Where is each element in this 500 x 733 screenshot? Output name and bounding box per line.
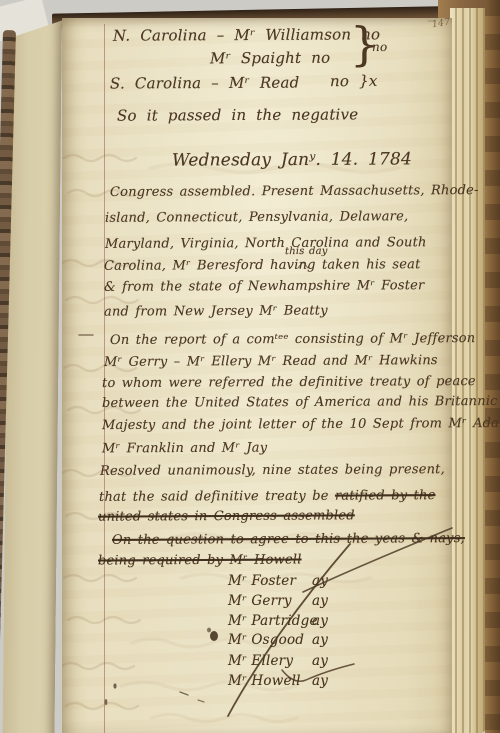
manuscript-line: & from the state of Newhampshire Mʳ Fost… <box>104 278 424 295</box>
manuscript-line: Mʳ Gerry – Mʳ Ellery Mʳ Read and Mʳ Hawk… <box>104 353 438 370</box>
manuscript-line: to whom were referred the definitive tre… <box>102 374 476 391</box>
manuscript-line: between the United States of America and… <box>102 394 498 411</box>
vote-value: ay <box>312 593 328 609</box>
manuscript-line: Carolina, Mʳ Beresford having taken his … <box>104 257 421 274</box>
vote-name: Mʳ Partridge <box>228 613 318 629</box>
line-text: that the said definitive treaty be <box>99 489 335 505</box>
manuscript-line: Majesty and the joint letter of the 10 S… <box>102 416 500 433</box>
manuscript-line: island, Connecticut, Pensylvania, Delawa… <box>105 209 408 226</box>
tally-line-nc1: N. Carolina – Mʳ Williamson no <box>113 25 380 44</box>
vote-name: Mʳ Foster <box>228 573 296 589</box>
vote-value: ay <box>312 632 328 648</box>
manuscript-line: and from New Jersey Mʳ Beatty <box>104 303 328 319</box>
manuscript-line-struck: united states in Congress assembled <box>98 508 355 524</box>
page-stack-edges <box>450 8 486 733</box>
manuscript-line: Maryland, Virginia, North Carolina and S… <box>105 235 427 252</box>
book-cover-edge <box>485 0 500 733</box>
page-number: 147 <box>431 17 450 30</box>
vote-row: Mʳ Gerry ay <box>228 593 388 611</box>
vote-value: ay <box>312 573 328 589</box>
tally-line-sc: S. Carolina – Mʳ Read <box>110 74 299 93</box>
manuscript-line: Congress assembled. Present Massachusett… <box>110 183 479 200</box>
vote-value: ay <box>312 673 328 689</box>
struck-text: ratified by the <box>335 488 436 504</box>
tally-sc-vote: no }x <box>330 72 378 90</box>
tally-outcome: So it passed in the negative <box>117 105 358 124</box>
tally-nc-result: no <box>372 40 387 54</box>
tally-line-nc2: Mʳ Spaight no <box>210 49 330 68</box>
manuscript-line: Resolved unanimously, nine states being … <box>100 462 445 479</box>
vote-row: Mʳ Foster ay <box>228 573 388 591</box>
vote-value: ay <box>312 613 328 629</box>
date-heading: Wednesday Janʸ. 14. 1784 <box>172 149 412 170</box>
vote-row: Mʳ Osgood ay <box>228 632 388 650</box>
manuscript-line-struck: On the question to agree to this the yea… <box>112 531 465 548</box>
vote-name: Mʳ Howell <box>228 673 301 689</box>
manuscript-line: On the report of a comᵗᵉᵉ consisting of … <box>110 331 475 348</box>
vote-row: Mʳ Howell ay <box>228 673 388 691</box>
photo-background: 147 N. Carolina – Mʳ Williamson no Mʳ Sp… <box>0 0 500 733</box>
vote-value: ay <box>312 653 328 669</box>
manuscript-line-partially-struck: that the said definitive treaty be ratif… <box>99 488 436 505</box>
manuscript-line-struck: being required by Mʳ Howell <box>98 552 302 568</box>
vote-row: Mʳ Ellery ay <box>228 653 388 671</box>
manuscript-line: Mʳ Franklin and Mʳ Jay <box>102 441 267 457</box>
vote-name: Mʳ Gerry <box>228 593 292 609</box>
manuscript-page: 147 N. Carolina – Mʳ Williamson no Mʳ Sp… <box>62 18 452 733</box>
vote-name: Mʳ Osgood <box>228 632 304 648</box>
interlinear-insertion: this day <box>285 246 328 257</box>
vote-row: Mʳ Partridge ay <box>228 613 388 631</box>
vote-name: Mʳ Ellery <box>228 653 293 669</box>
